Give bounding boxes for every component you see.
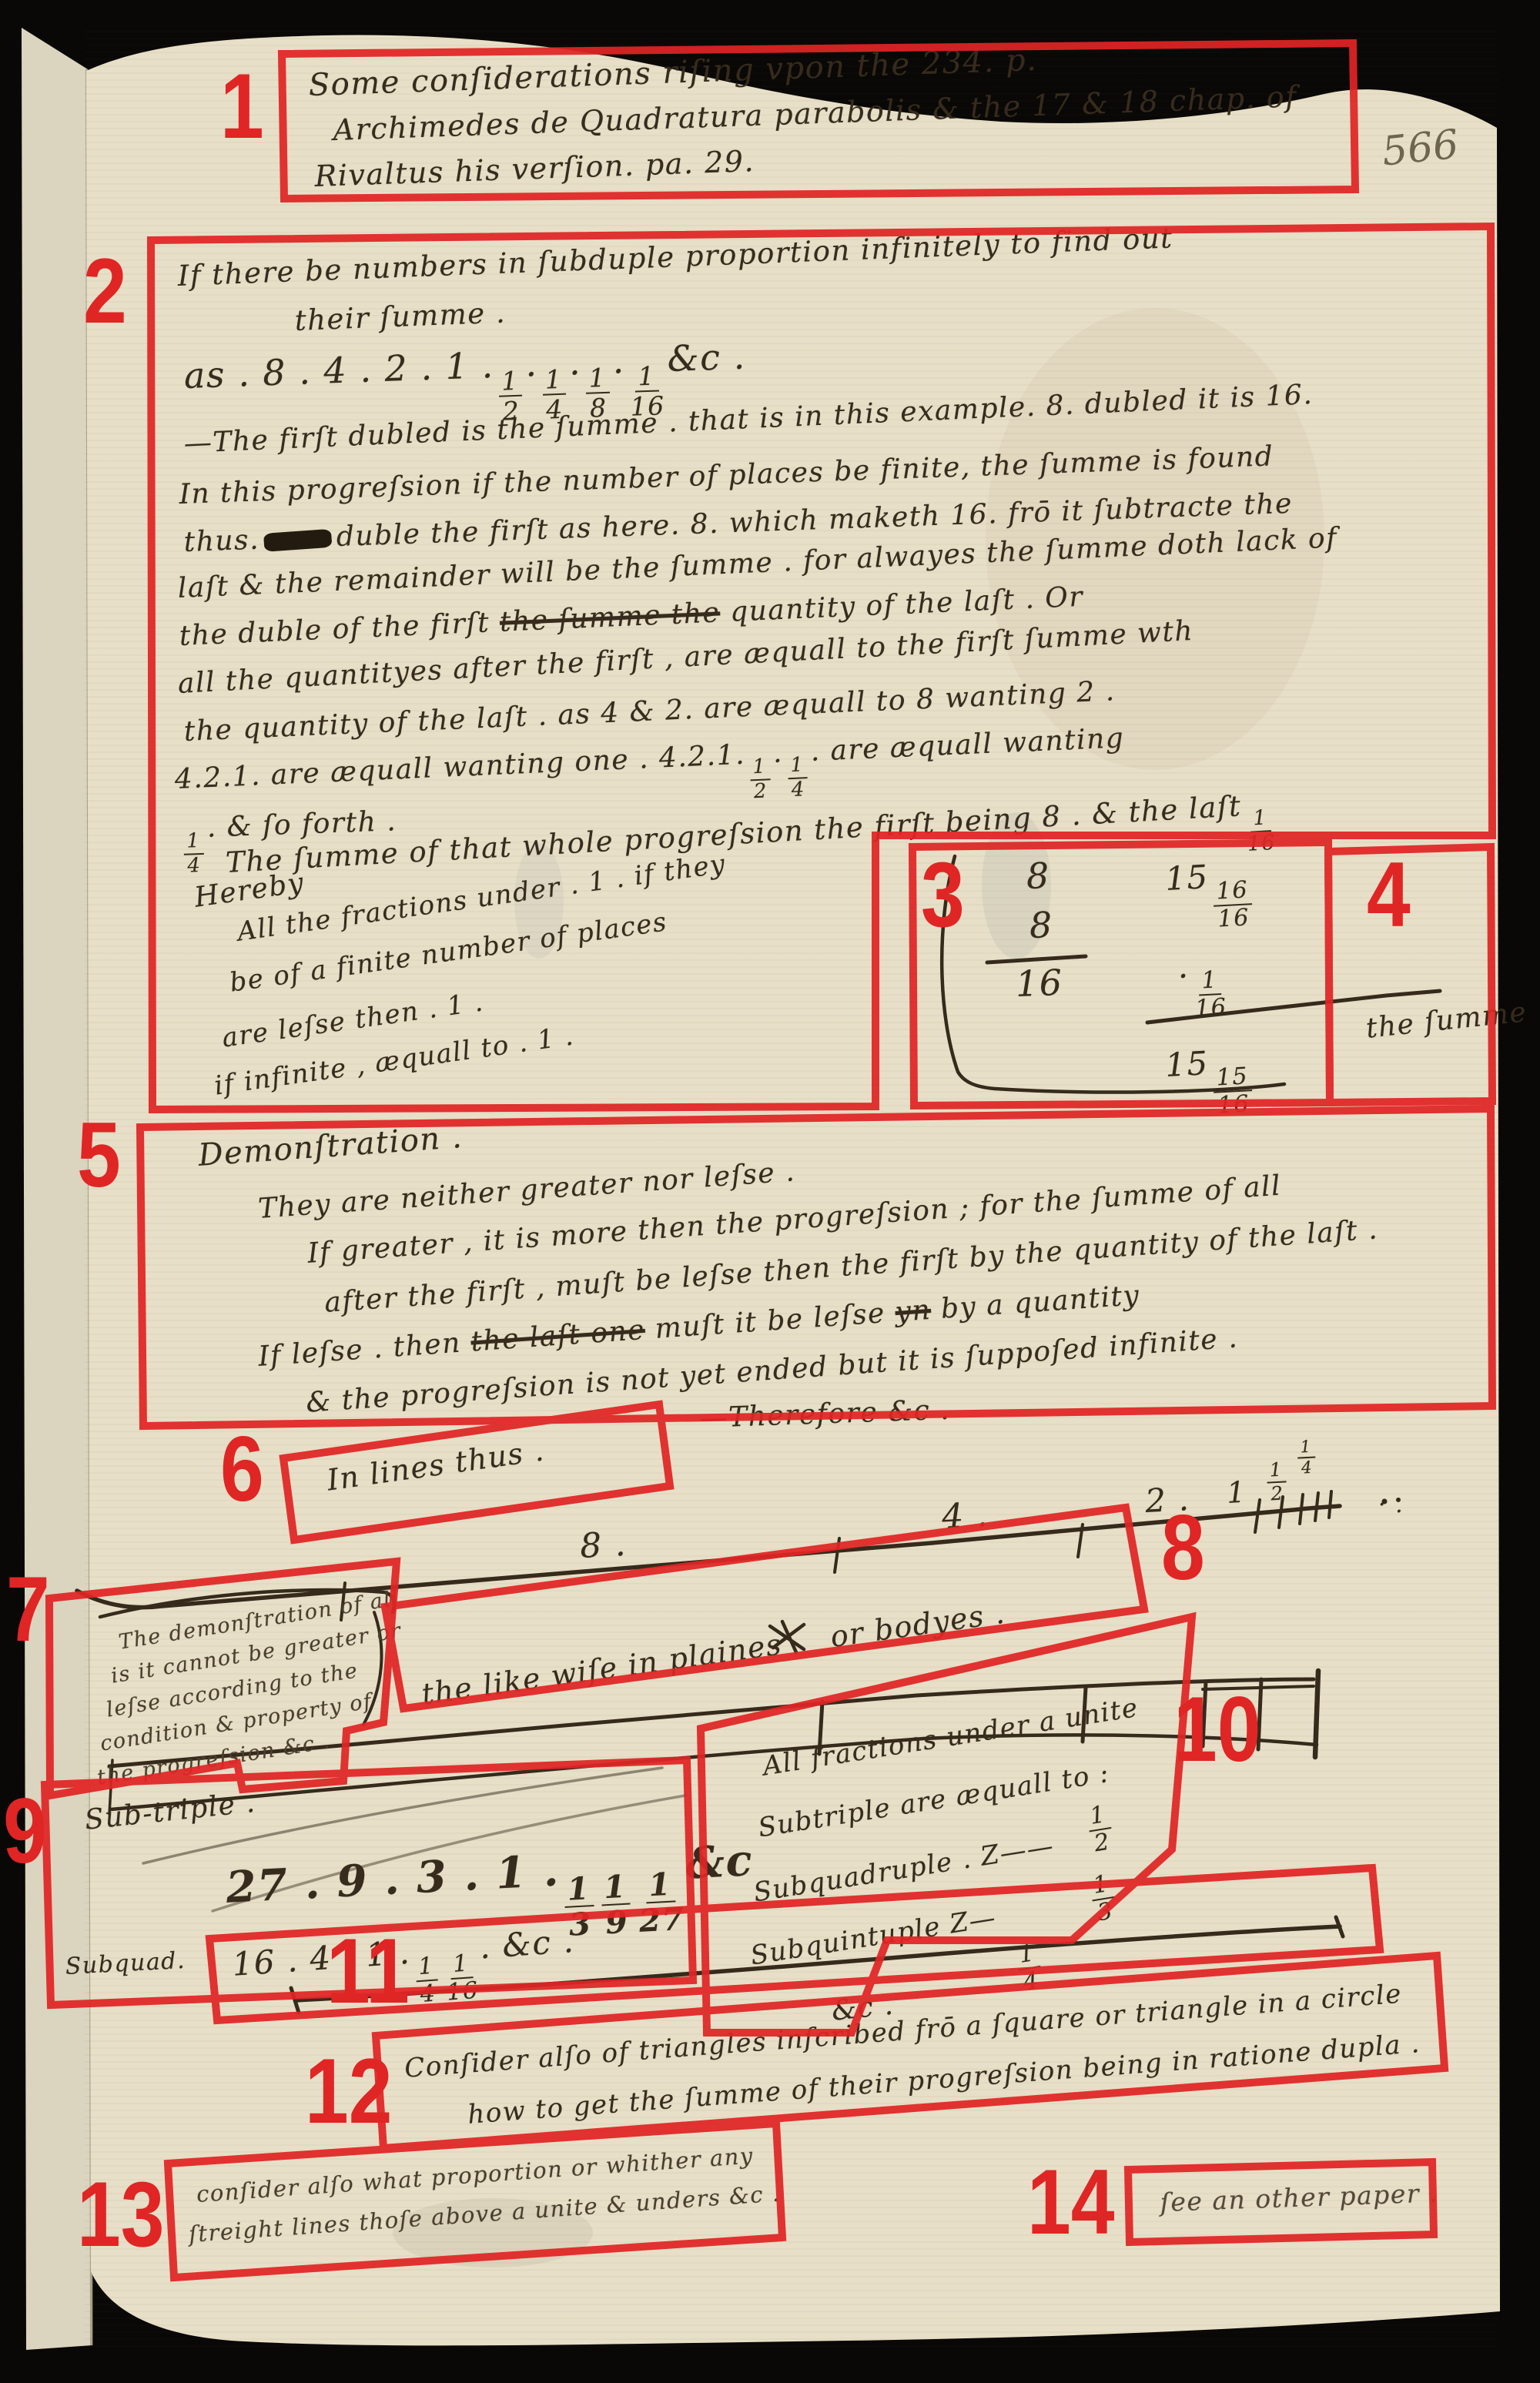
annotation-number-9: 9 bbox=[3, 1785, 47, 1877]
dot: . bbox=[772, 738, 784, 770]
fraction: 14 bbox=[414, 1955, 440, 2007]
annotation-number-2: 2 bbox=[83, 245, 127, 337]
dot: . bbox=[568, 341, 582, 383]
annotation-number-5: 5 bbox=[77, 1109, 121, 1201]
fraction: 19 bbox=[600, 1871, 632, 1939]
text-pre: thus. bbox=[183, 524, 260, 558]
annotation-number-10: 10 bbox=[1173, 1683, 1260, 1776]
annotation-number-3: 3 bbox=[921, 848, 965, 941]
annotation-number-7: 7 bbox=[6, 1563, 50, 1655]
annotation-number-1: 1 bbox=[220, 60, 264, 152]
ink-blot bbox=[263, 529, 332, 552]
calc-mixed-result: 151516 bbox=[1164, 1043, 1257, 1121]
fraction: 12 bbox=[1085, 1802, 1115, 1856]
whole: 15 bbox=[1164, 1044, 1210, 1084]
calc-mixed-number: 151616 bbox=[1164, 856, 1257, 935]
fraction: 13 bbox=[1088, 1872, 1118, 1926]
diagram-label-1: 1 bbox=[1226, 1476, 1247, 1511]
calc-value: 8 bbox=[1026, 855, 1051, 897]
annotation-number-13: 13 bbox=[77, 2168, 164, 2261]
dot: . bbox=[611, 340, 625, 382]
annotation-number-14: 14 bbox=[1027, 2156, 1114, 2248]
diagram-label-quarter: 14 bbox=[1292, 1423, 1321, 1478]
fraction: 116 bbox=[1193, 969, 1227, 1022]
annotation-number-4: 4 bbox=[1367, 848, 1411, 941]
diagram-label-half: 12 bbox=[1261, 1443, 1291, 1504]
fraction: 14 bbox=[1297, 1438, 1317, 1477]
diagram-dots: · . bbox=[1378, 1492, 1404, 1519]
fraction: 12 bbox=[749, 757, 771, 802]
annotation-number-8: 8 bbox=[1161, 1501, 1205, 1594]
fraction: 12 bbox=[1266, 1461, 1287, 1504]
seq-post: &c bbox=[685, 1835, 755, 1889]
annotation-number-12: 12 bbox=[305, 2045, 392, 2137]
folio-number: 566 bbox=[1380, 122, 1461, 176]
calc-result: 16 bbox=[1015, 962, 1063, 1005]
whole: 15 bbox=[1164, 858, 1210, 898]
seq-post: &c . bbox=[667, 336, 747, 380]
fraction: 1616 bbox=[1213, 879, 1254, 932]
dot: . bbox=[524, 343, 538, 385]
dot: . bbox=[1177, 947, 1190, 986]
fraction: 14 bbox=[1014, 1941, 1044, 1995]
fraction: 14 bbox=[787, 755, 808, 801]
calc-value: 8 bbox=[1029, 905, 1054, 946]
annotation-number-6: 6 bbox=[220, 1423, 264, 1515]
fraction: 1516 bbox=[1213, 1065, 1254, 1118]
seq-post: . &c . bbox=[478, 1922, 575, 1966]
fraction: 116 bbox=[1245, 808, 1276, 855]
diagram-label-4: 4 . bbox=[941, 1496, 989, 1538]
fraction: 116 bbox=[444, 1952, 480, 2005]
fraction: 14 bbox=[183, 832, 205, 877]
calc-subtrahend: .116 bbox=[1177, 946, 1231, 1022]
scribble-gap bbox=[783, 1647, 832, 1654]
manuscript-photo: Some conſiderations riſing vpon the 234.… bbox=[0, 0, 1540, 2383]
diagram-label-8: 8 . bbox=[579, 1525, 628, 1567]
fraction: 127 bbox=[637, 1868, 686, 1937]
annotation-number-11: 11 bbox=[326, 1925, 410, 2017]
strip-right-end bbox=[1315, 1671, 1318, 1757]
struck-text: yn bbox=[894, 1294, 932, 1328]
